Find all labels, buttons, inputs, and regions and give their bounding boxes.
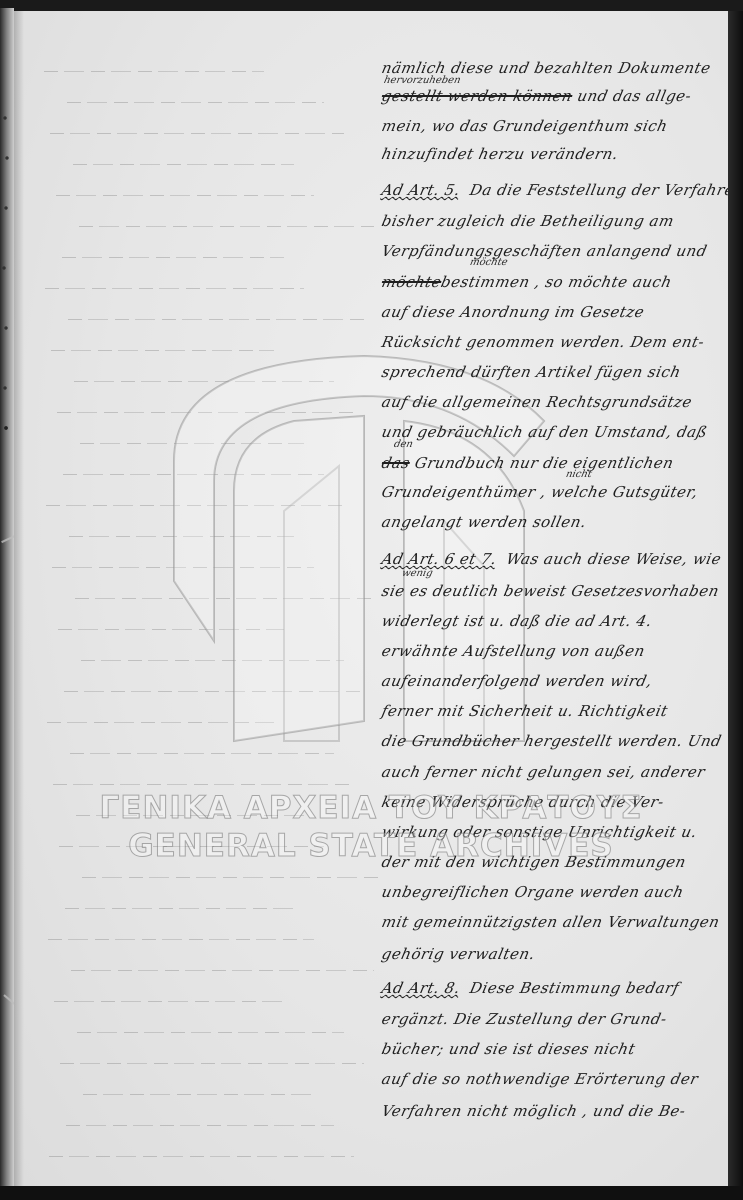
line-text: der mit den wichtigen Bestimmungen [380,853,688,871]
line-text: Was auch diese Weise, wie [505,550,723,568]
line-text: aufeinanderfolgend werden wird, [380,672,654,690]
bleed-through-line [46,505,344,506]
line-text: mit gemeinnützigsten allen Verwaltungen [380,913,721,931]
handwritten-line: wirkung oder sonstige Unrichtigkeit u. [380,823,699,841]
bleed-through-line [65,908,294,909]
handwritten-line: Verfahren nicht möglich , und die Be- [380,1102,687,1120]
interlinear-insertion: den [393,439,414,450]
line-text: Verfahren nicht möglich , und die Be- [380,1102,687,1120]
handwritten-line: auf diese Anordnung im Gesetze [380,303,646,321]
handwritten-line: sprechend dürften Artikel fügen sich [380,363,682,381]
handwritten-line: auch ferner nicht gelungen sei, anderer [380,763,707,781]
interlinear-insertion: hervorzuheben [383,75,462,86]
article-heading-line: Ad Art. 5.Da die Feststellung der Verfah… [380,181,728,199]
bleed-through-line [58,629,284,630]
bleed-through-line [62,257,284,258]
interlinear-insertion: wenig [401,568,434,579]
bleed-through-line [74,381,334,382]
line-text: widerlegt ist u. daß die ad Art. 4. [380,612,654,630]
handwritten-line: angelangt werden sollen. [380,513,588,531]
line-text: Grundbuch nur die eigentlichen [408,454,676,472]
bleed-through-line [77,1032,344,1033]
bleed-through-line [80,443,304,444]
handwritten-line: sie es deutlich beweist Gesetzesvorhaben [380,582,721,600]
bleed-through-line [82,877,384,878]
bleed-through-line [47,722,274,723]
line-text: Da die Feststellung der Verfahren [468,181,728,199]
line-text: bücher; und sie ist dieses nicht [380,1040,637,1058]
line-text: hinzufindet herzu verändern. [380,145,620,163]
bleed-through-line [45,288,304,289]
bleed-through-line [60,1063,364,1064]
handwritten-line: gehörig verwalten. [380,945,537,963]
handwritten-line: auf die so nothwendige Erörterung der [380,1070,700,1088]
article-reference: Ad Art. 8. [380,979,462,997]
handwritten-line: und gebräuchlich auf den Umstand, daß [380,423,709,441]
struck-through-text: das [380,454,412,472]
line-text: Rücksicht genommen werden. Dem ent- [380,333,706,351]
bleed-through-line [48,939,314,940]
article-heading-line: Ad Art. 6 et 7.Was auch diese Weise, wie [380,550,723,568]
handwritten-line: mit gemeinnützigsten allen Verwaltungen [380,913,721,931]
line-text: ferner mit Sicherheit u. Richtigkeit [380,702,670,720]
line-text: auf die allgemeinen Rechtsgrundsätze [380,393,694,411]
bleed-through-line [75,598,374,599]
line-text: auch ferner nicht gelungen sei, anderer [380,763,707,781]
bleed-through-line [66,1125,334,1126]
bleed-through-line [63,474,324,475]
line-text: und das allge- [570,87,693,105]
line-text: auf diese Anordnung im Gesetze [380,303,646,321]
bleed-through-text [44,41,384,1161]
line-text: angelangt werden sollen. [380,513,588,531]
struck-through-text: möchte [380,273,443,291]
line-text: mein, wo das Grundeigenthum sich [380,117,669,135]
bleed-through-line [73,164,294,165]
bleed-through-line [81,660,344,661]
handwritten-line: unbegreiflichen Organe werden auch [380,883,685,901]
line-text: bisher zugleich die Betheiligung am [380,212,676,230]
line-text: gehörig verwalten. [380,945,537,963]
scan-top-border [0,0,743,11]
handwritten-line: bücher; und sie ist dieses nicht [380,1040,637,1058]
bleed-through-line [67,102,324,103]
struck-through-text: gestellt werden können [380,87,574,105]
handwritten-line: ergänzt. Die Zustellung der Grund- [380,1010,669,1028]
bleed-through-line [69,536,294,537]
bleed-through-line [49,1156,354,1157]
article-heading-line: Ad Art. 8.Diese Bestimmung bedarf [380,979,681,997]
bleed-through-line [64,691,364,692]
handwritten-line: möchtebestimmen , so möchte auch [380,273,674,291]
bleed-through-line [44,71,264,72]
scan-right-border [728,11,743,1186]
bleed-through-line [51,350,274,351]
line-text: unbegreiflichen Organe werden auch [380,883,685,901]
line-text: auf die so nothwendige Erörterung der [380,1070,700,1088]
bleed-through-line [56,195,314,196]
line-text: keine Widersprüche durch die Ver- [380,793,666,811]
interlinear-insertion: nicht [565,469,593,480]
bleed-through-line [59,846,324,847]
handwritten-line: Grundeigenthümer , welche Gutsgüter, [380,483,700,501]
line-text: Grundeigenthümer , welche Gutsgüter, [380,483,700,501]
bleed-through-line [71,970,374,971]
handwritten-line: hinzufindet herzu verändern. [380,145,620,163]
line-text: sprechend dürften Artikel fügen sich [380,363,682,381]
binding-edge [0,8,14,1198]
handwritten-line: der mit den wichtigen Bestimmungen [380,853,688,871]
handwritten-line: bisher zugleich die Betheiligung am [380,212,676,230]
bleed-through-line [50,133,344,134]
handwritten-line: widerlegt ist u. daß die ad Art. 4. [380,612,654,630]
handwritten-line: Rücksicht genommen werden. Dem ent- [380,333,706,351]
handwritten-line: erwähnte Aufstellung von außen [380,642,647,660]
handwritten-line: Verpfändungsgeschäften anlangend und [380,242,709,260]
line-text: Diese Bestimmung bedarf [468,979,681,997]
manuscript-page: nämlich diese und bezahlten Dokumenteges… [14,11,728,1186]
bleed-through-line [53,784,354,785]
bleed-through-line [57,412,354,413]
handwritten-line: keine Widersprüche durch die Ver- [380,793,666,811]
bleed-through-line [76,815,304,816]
handwritten-line: auf die allgemeinen Rechtsgrundsätze [380,393,694,411]
handwritten-line: die Grundbücher hergestellt werden. Und [380,732,723,750]
handwritten-line: gestellt werden können und das allge- [380,87,693,105]
bleed-through-line [83,1094,314,1095]
handwritten-line: mein, wo das Grundeigenthum sich [380,117,669,135]
bleed-through-line [68,319,364,320]
facing-page-ink [0,8,14,1198]
interlinear-insertion: möchte [469,257,509,268]
handwritten-line: aufeinanderfolgend werden wird, [380,672,654,690]
handwritten-line: das Grundbuch nur die eigentlichen [380,454,675,472]
line-text: ergänzt. Die Zustellung der Grund- [380,1010,669,1028]
scan-bottom-border [0,1186,743,1200]
line-text: Verpfändungsgeschäften anlangend und [380,242,709,260]
line-text: die Grundbücher hergestellt werden. Und [380,732,723,750]
bleed-through-line [52,567,314,568]
bleed-through-line [54,1001,284,1002]
article-reference: Ad Art. 6 et 7. [380,550,498,568]
bleed-through-line [70,753,334,754]
line-text: wirkung oder sonstige Unrichtigkeit u. [380,823,699,841]
article-reference: Ad Art. 5. [380,181,462,199]
page-gutter-shadow [14,11,24,1186]
line-text: bestimmen , so möchte auch [439,273,673,291]
line-text: erwähnte Aufstellung von außen [380,642,647,660]
handwritten-line: ferner mit Sicherheit u. Richtigkeit [380,702,670,720]
line-text: und gebräuchlich auf den Umstand, daß [380,423,709,441]
line-text: sie es deutlich beweist Gesetzesvorhaben [380,582,721,600]
bleed-through-line [79,226,374,227]
